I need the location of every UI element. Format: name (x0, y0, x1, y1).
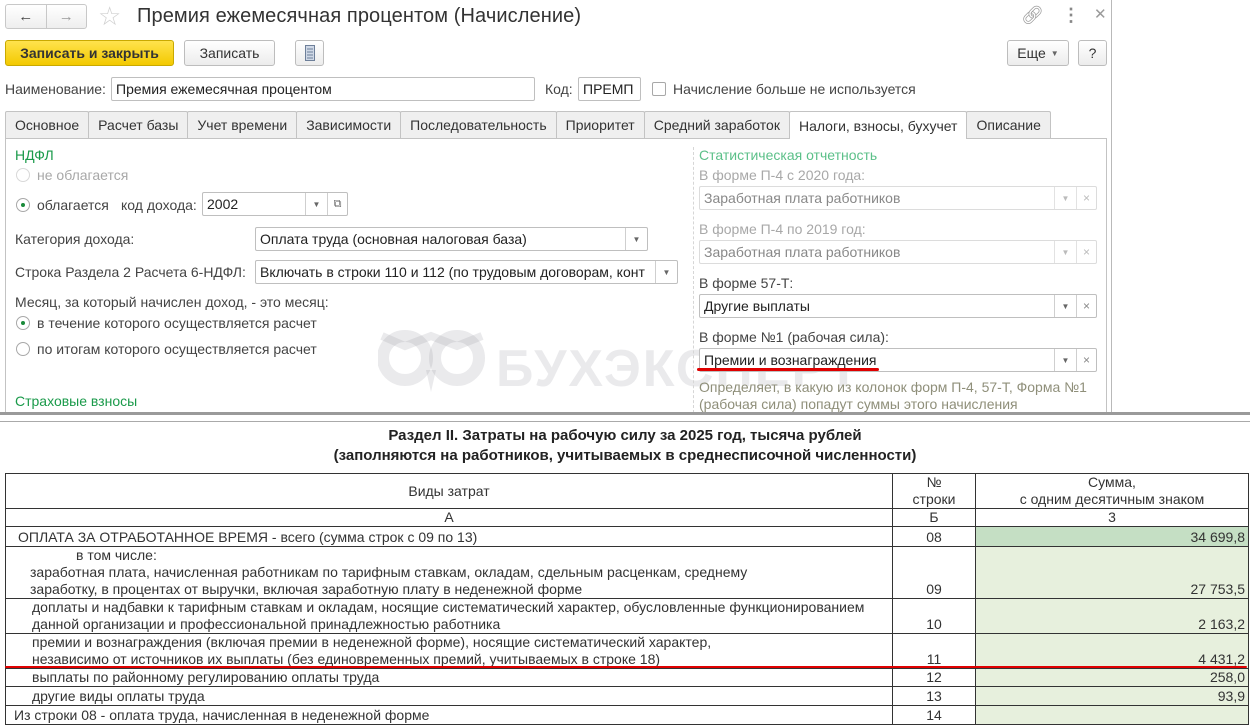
taxed-radio[interactable] (16, 198, 30, 212)
income-code-value: 2002 (203, 196, 305, 212)
more-button-label: Еще (1017, 45, 1046, 61)
not-taxed-label: не облагается (37, 167, 128, 183)
tab-bar: Основное Расчет базы Учет времени Зависи… (5, 111, 1050, 138)
table-code-row: А Б 3 (6, 509, 1249, 527)
window-title: Премия ежемесячная процентом (Начисление… (137, 5, 581, 28)
row-line: 14 (893, 706, 976, 725)
table-row: другие виды оплаты труда 13 93,9 (6, 687, 1249, 706)
help-button[interactable]: ? (1078, 40, 1107, 66)
row-text: другие виды оплаты труда (6, 687, 893, 706)
header-line-no-1: № (896, 474, 972, 491)
header-sum: Сумма, с одним десятичным знаком (976, 474, 1249, 509)
clear-icon[interactable]: × (1076, 187, 1096, 209)
link-icon[interactable]: 🔗︎ (1021, 4, 1044, 26)
tab-priority[interactable]: Приоритет (556, 111, 645, 138)
month-option-1-radio[interactable] (16, 316, 30, 330)
month-option-1-label: в течение которого осуществляется расчет (37, 315, 317, 331)
row-line: 12 (893, 669, 976, 687)
more-button[interactable]: Еще ▼ (1007, 40, 1069, 66)
header-sum-1: Сумма, (979, 474, 1245, 491)
insurance-section-title: Страховые взносы (15, 393, 137, 409)
tab-base-calc[interactable]: Расчет базы (88, 111, 188, 138)
p4-2020-label: В форме П-4 с 2020 года: (699, 167, 865, 183)
dropdown-arrow-icon[interactable]: ▼ (1054, 349, 1076, 371)
table-header-row: Виды затрат № строки Сумма, с одним деся… (6, 474, 1249, 509)
month-label: Месяц, за который начислен доход, - это … (15, 294, 329, 310)
f57t-label: В форме 57-Т: (699, 275, 793, 291)
f1-value: Премии и вознаграждения (700, 352, 1054, 368)
row-line: 11 (893, 634, 976, 669)
row-text-line-2: данной организации и профессиональной пр… (32, 616, 889, 633)
report-table: Виды затрат № строки Сумма, с одним деся… (5, 473, 1249, 725)
header-line-no-2: строки (896, 491, 972, 508)
report-title-line-1: Раздел II. Затраты на рабочую силу за 20… (0, 427, 1250, 444)
star-icon[interactable]: ☆ (98, 1, 121, 31)
hint-line-2: (рабочая сила) попадут суммы этого начис… (699, 396, 1087, 413)
row-text-line-1: заработная плата, начисленная работникам… (30, 564, 889, 581)
row-sum: 93,9 (976, 687, 1249, 706)
tab-time-tracking[interactable]: Учет времени (187, 111, 297, 138)
row-line: 10 (893, 599, 976, 634)
code-label: Код: (545, 81, 573, 97)
taxed-label: облагается (37, 197, 109, 213)
save-and-close-button[interactable]: Записать и закрыть (5, 40, 174, 66)
statistics-section-title: Статистическая отчетность (699, 147, 877, 163)
row-sum: 4 431,2 (976, 634, 1249, 669)
dropdown-arrow-icon[interactable]: ▼ (1054, 241, 1076, 263)
highlight-underline (697, 368, 879, 371)
row-sum: 2 163,2 (976, 599, 1249, 634)
tab-dependencies[interactable]: Зависимости (296, 111, 401, 138)
p4-2020-select[interactable]: Заработная плата работников ▼ × (699, 186, 1097, 210)
dropdown-arrow-icon[interactable]: ▼ (655, 261, 677, 283)
statistics-hint: Определяет, в какую из колонок форм П-4,… (699, 379, 1087, 413)
income-category-value: Оплата труда (основная налоговая база) (256, 231, 625, 247)
report-title-line-2: (заполняются на работников, учитываемых … (0, 447, 1250, 464)
arrow-left-icon: ← (18, 8, 33, 25)
dropdown-arrow-icon[interactable]: ▼ (625, 228, 647, 250)
row-text: доплаты и надбавки к тарифным ставкам и … (6, 599, 893, 634)
row-text-line-2: заработку, в процентах от выручки, включ… (30, 581, 889, 598)
dropdown-arrow-icon[interactable]: ▼ (1054, 187, 1076, 209)
row-text: в том числе: заработная плата, начисленн… (6, 547, 893, 599)
income-category-select[interactable]: Оплата труда (основная налоговая база) ▼ (255, 227, 648, 251)
clear-icon[interactable]: × (1076, 349, 1096, 371)
header-cost-types: Виды затрат (6, 474, 893, 509)
table-row: в том числе: заработная плата, начисленн… (6, 547, 1249, 599)
code-value: ПРЕМП (579, 81, 640, 97)
tab-main[interactable]: Основное (5, 111, 89, 138)
navigation-buttons: ← → (5, 4, 87, 29)
f57t-select[interactable]: Другие выплаты ▼ × (699, 294, 1097, 318)
table-row: Из строки 08 - оплата труда, начисленная… (6, 706, 1249, 725)
line-6ndfl-label: Строка Раздела 2 Расчета 6-НДФЛ: (15, 264, 246, 280)
income-category-label: Категория дохода: (15, 231, 134, 247)
row-line: 08 (893, 527, 976, 547)
tab-sequence[interactable]: Последовательность (400, 111, 556, 138)
not-used-label: Начисление больше не используется (673, 81, 916, 97)
tab-description[interactable]: Описание (966, 111, 1050, 138)
row-sum: 258,0 (976, 669, 1249, 687)
month-option-2-label: по итогам которого осуществляется расчет (37, 341, 317, 357)
row-text: ОПЛАТА ЗА ОТРАБОТАННОЕ ВРЕМЯ - всего (су… (6, 527, 893, 547)
clear-icon[interactable]: × (1076, 295, 1096, 317)
row-text-line-1: доплаты и надбавки к тарифным ставкам и … (32, 599, 889, 616)
income-code-label: код дохода: (121, 197, 197, 213)
divider (0, 412, 1250, 415)
dropdown-arrow-icon[interactable]: ▼ (1054, 295, 1076, 317)
header-line-no: № строки (893, 474, 976, 509)
name-label: Наименование: (5, 81, 106, 97)
not-taxed-radio[interactable] (16, 168, 30, 182)
table-row: выплаты по районному регулированию оплат… (6, 669, 1249, 687)
row-line: 13 (893, 687, 976, 706)
forward-button[interactable]: → (46, 5, 87, 28)
tab-average-earnings[interactable]: Средний заработок (644, 111, 790, 138)
back-button[interactable]: ← (6, 5, 46, 28)
row-sum: 34 699,8 (976, 527, 1249, 547)
code-c: 3 (976, 509, 1249, 527)
code-a: А (6, 509, 893, 527)
arrow-right-icon: → (59, 8, 74, 25)
ndfl-section-title: НДФЛ (15, 147, 54, 163)
open-icon[interactable]: ⧉ (327, 193, 347, 215)
table-row: ОПЛАТА ЗА ОТРАБОТАННОЕ ВРЕМЯ - всего (су… (6, 527, 1249, 547)
name-input[interactable]: Премия ежемесячная процентом (111, 77, 535, 101)
f1-label: В форме №1 (рабочая сила): (699, 329, 889, 345)
highlight-underline-row-11 (5, 666, 1247, 668)
f57t-value: Другие выплаты (700, 298, 1054, 314)
column-divider (693, 147, 694, 413)
row-text-line-1: премии и вознаграждения (включая премии … (32, 634, 889, 651)
document-list-icon (305, 45, 315, 61)
row-line: 09 (893, 547, 976, 599)
table-row: премии и вознаграждения (включая премии … (6, 634, 1249, 669)
row-text: выплаты по районному регулированию оплат… (6, 669, 893, 687)
row-sum: 27 753,5 (976, 547, 1249, 599)
report-button[interactable] (295, 40, 324, 66)
p4-2019-value: Заработная плата работников (700, 244, 1054, 260)
line-6ndfl-value: Включать в строки 110 и 112 (по трудовым… (256, 264, 655, 280)
line-6ndfl-select[interactable]: Включать в строки 110 и 112 (по трудовым… (255, 260, 678, 284)
chevron-down-icon: ▼ (1051, 49, 1059, 58)
code-input[interactable]: ПРЕМП (578, 77, 641, 101)
more-vertical-icon[interactable]: ⋮ (1062, 4, 1080, 26)
p4-2019-select[interactable]: Заработная плата работников ▼ × (699, 240, 1097, 264)
row-prefix: в том числе: (6, 547, 889, 564)
header-sum-2: с одним десятичным знаком (979, 491, 1245, 508)
not-used-checkbox[interactable] (652, 82, 666, 96)
divider (0, 421, 1250, 422)
row-text: Из строки 08 - оплата труда, начисленная… (6, 706, 893, 725)
income-code-select[interactable]: 2002 ▼ ⧉ (202, 192, 348, 216)
hint-line-1: Определяет, в какую из колонок форм П-4,… (699, 379, 1087, 396)
dropdown-arrow-icon[interactable]: ▼ (305, 193, 327, 215)
tab-taxes[interactable]: Налоги, взносы, бухучет (789, 111, 968, 139)
p4-2019-label: В форме П-4 по 2019 год: (699, 221, 866, 237)
form-window: ← → ☆ Премия ежемесячная процентом (Начи… (0, 0, 1112, 413)
close-icon[interactable]: ✕ (1094, 4, 1107, 26)
month-option-2-radio[interactable] (16, 342, 30, 356)
clear-icon[interactable]: × (1076, 241, 1096, 263)
row-text: премии и вознаграждения (включая премии … (6, 634, 893, 669)
name-value: Премия ежемесячная процентом (112, 81, 534, 97)
save-button[interactable]: Записать (184, 40, 275, 66)
p4-2020-value: Заработная плата работников (700, 190, 1054, 206)
table-row: доплаты и надбавки к тарифным ставкам и … (6, 599, 1249, 634)
code-b: Б (893, 509, 976, 527)
row-sum (976, 706, 1249, 725)
